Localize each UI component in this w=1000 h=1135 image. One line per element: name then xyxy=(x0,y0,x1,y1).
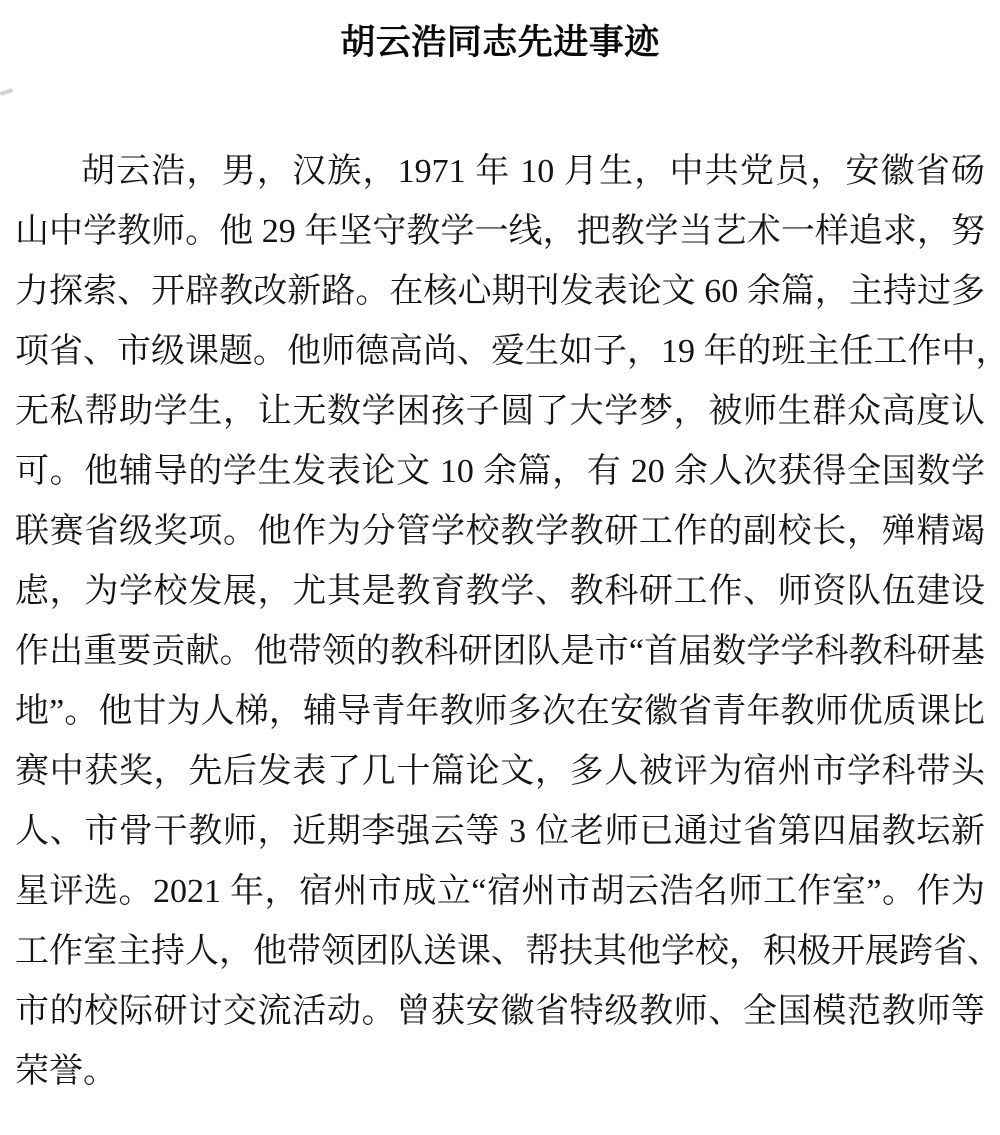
text-line: 作出重要贡献。他带领的教科研团队是市“首届数学学科教科研基 xyxy=(15,622,985,682)
text-line: 力探索、开辟教改新路。在核心期刊发表论文 60 余篇，主持过多 xyxy=(15,262,985,322)
text-line: 人、市骨干教师，近期李强云等 3 位老师已通过省第四届教坛新 xyxy=(15,802,985,862)
text-line: 地”。他甘为人梯，辅导青年教师多次在安徽省青年教师优质课比 xyxy=(15,682,985,742)
text-line: 星评选。2021 年，宿州市成立“宿州市胡云浩名师工作室”。作为 xyxy=(15,862,985,922)
paragraph: 胡云浩，男，汉族，1971 年 10 月生，中共党员，安徽省砀山中学教师。他 2… xyxy=(15,142,985,1102)
text-line: 联赛省级奖项。他作为分管学校教学教研工作的副校长，殚精竭 xyxy=(15,502,985,562)
text-line: 胡云浩，男，汉族，1971 年 10 月生，中共党员，安徽省砀 xyxy=(15,142,985,202)
text-line: 无私帮助学生，让无数学困孩子圆了大学梦，被师生群众高度认 xyxy=(15,382,985,442)
text-line: 荣誉。 xyxy=(15,1042,985,1102)
text-line: 虑，为学校发展，尤其是教育教学、教科研工作、师资队伍建设 xyxy=(15,562,985,622)
text-line: 赛中获奖，先后发表了几十篇论文，多人被评为宿州市学科带头 xyxy=(15,742,985,802)
text-line: 可。他辅导的学生发表论文 10 余篇，有 20 余人次获得全国数学 xyxy=(15,442,985,502)
text-line: 山中学教师。他 29 年坚守教学一线，把教学当艺术一样追求，努 xyxy=(15,202,985,262)
text-line: 市的校际研讨交流活动。曾获安徽省特级教师、全国模范教师等 xyxy=(15,982,985,1042)
text-line: 项省、市级课题。他师德高尚、爱生如子，19 年的班主任工作中， xyxy=(15,322,985,382)
scan-artifact-mark xyxy=(0,88,13,96)
document-page: 胡云浩同志先进事迹 胡云浩，男，汉族，1971 年 10 月生，中共党员，安徽省… xyxy=(0,0,1000,1135)
text-line: 工作室主持人，他带领团队送课、帮扶其他学校，积极开展跨省、 xyxy=(15,922,985,982)
document-title: 胡云浩同志先进事迹 xyxy=(0,22,1000,64)
